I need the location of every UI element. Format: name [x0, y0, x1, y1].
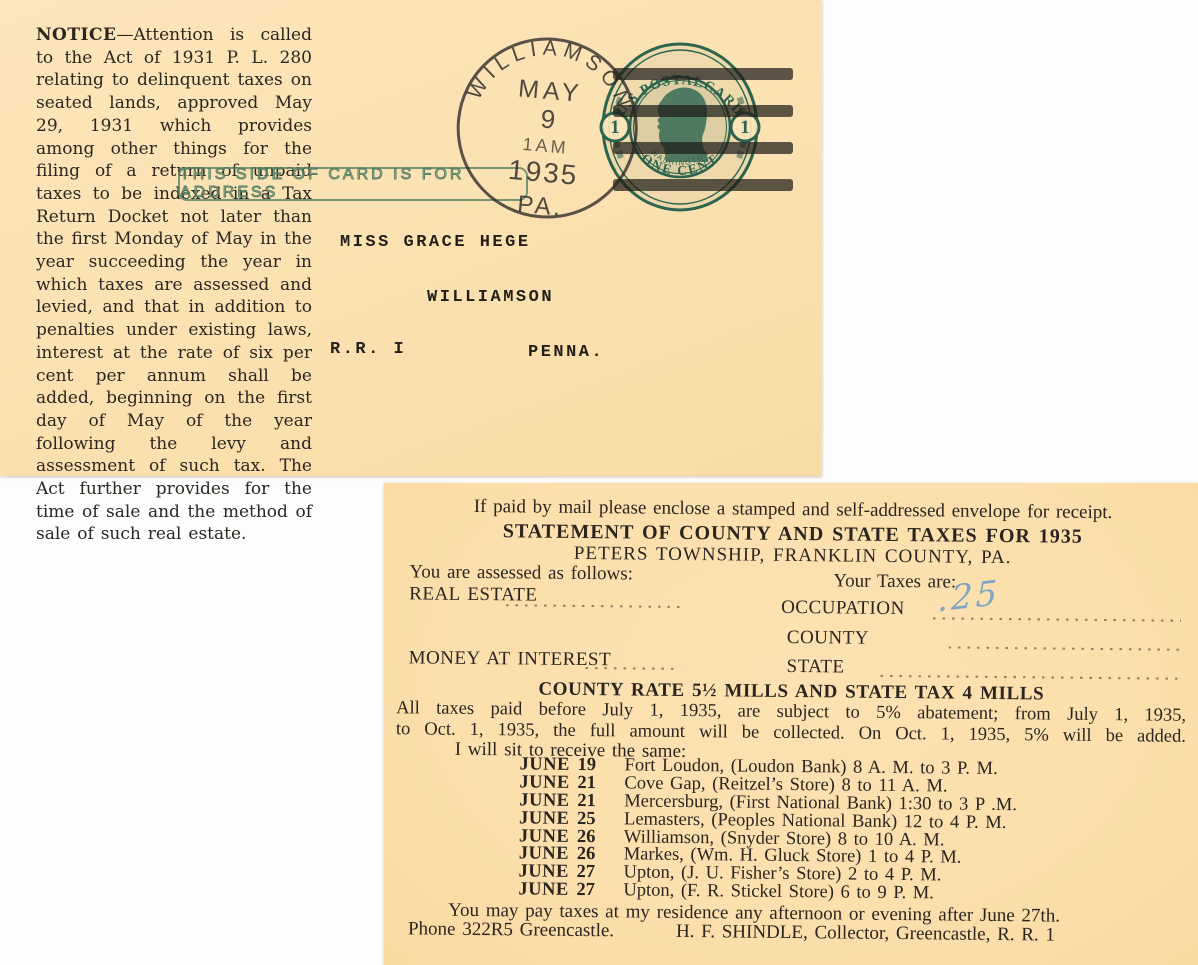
stamp-denomination-right: 1 [740, 117, 750, 138]
occupation-handwritten-value: .25 [937, 573, 1001, 620]
recipient-city: WILLIAMSON [427, 288, 554, 307]
schedule-day: 27 [576, 882, 623, 900]
tax-statement-card: If paid by mail please enclose a stamped… [384, 483, 1198, 965]
assessed-label: You are assessed as follows: [409, 561, 633, 585]
collector-line: H. F. SHINDLE, Collector, Greencastle, R… [676, 921, 1055, 947]
notice-paragraph: NOTICE—Attention is called to the Act of… [36, 24, 312, 546]
postcard-scan: NOTICE—Attention is called to the Act of… [0, 0, 1198, 965]
postcard-front: NOTICE—Attention is called to the Act of… [0, 0, 822, 476]
schedule-month: JUNE [518, 882, 576, 900]
recipient-route: R.R. I [330, 340, 406, 359]
postmark-month: MAY [517, 74, 584, 108]
field-occupation: OCCUPATION [781, 597, 905, 620]
phone-line: Phone 322R5 Greencastle. [408, 918, 614, 942]
field-real-estate: REAL ESTATE [409, 583, 537, 606]
recipient-name: MISS GRACE HEGE [340, 233, 531, 252]
field-occupation-line [933, 617, 1181, 622]
postmark-time: 1AM [522, 134, 570, 158]
notice-label: NOTICE [36, 25, 116, 45]
postmark: WILLIAMSON MAY 9 1AM 1935 PA. [437, 18, 656, 243]
postmark-day: 9 [539, 103, 556, 134]
recipient-state: PENNA. [528, 343, 604, 362]
field-county-line [949, 647, 1181, 652]
schedule-list: JUNE19Fort Loudon, (Loudon Bank) 8 A. M.… [518, 756, 1079, 904]
postmark-state: PA. [516, 191, 564, 222]
field-money-at-interest: MONEY AT INTEREST [409, 647, 612, 671]
field-state: STATE [786, 656, 844, 679]
postmark-year: 1935 [507, 154, 580, 191]
notice-body: —Attention is called to the Act of 1931 … [36, 25, 312, 544]
field-county: COUNTY [787, 627, 869, 650]
field-state-line [880, 675, 1180, 680]
field-real-estate-line [506, 604, 681, 608]
